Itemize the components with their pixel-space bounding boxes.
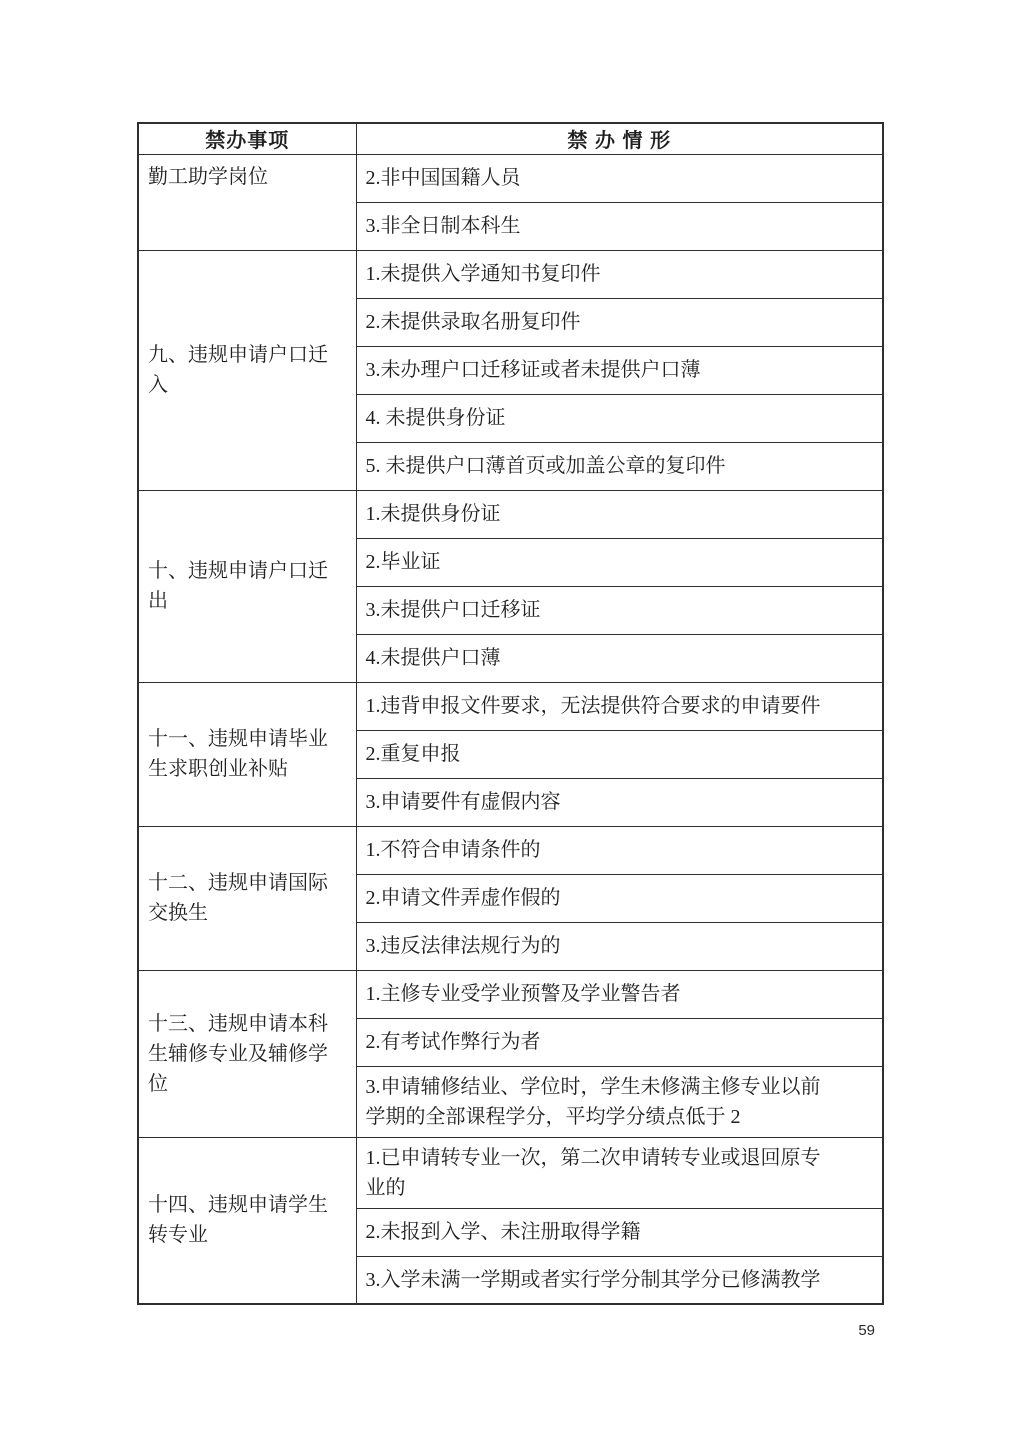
situation-cell: 5. 未提供户口薄首页或加盖公章的复印件 — [356, 442, 883, 490]
prohibited-item-cell: 十二、违规申请国际交换生 — [138, 826, 356, 970]
situation-cell: 2.申请文件弄虚作假的 — [356, 874, 883, 922]
situation-cell: 1.违背申报文件要求，无法提供符合要求的申请要件 — [356, 682, 883, 730]
situation-cell: 3.申请要件有虚假内容 — [356, 778, 883, 826]
prohibited-item-cell: 九、违规申请户口迁入 — [138, 250, 356, 490]
situation-cell: 2.未报到入学、未注册取得学籍 — [356, 1208, 883, 1256]
prohibition-table: 禁办事项 禁 办 情 形 勤工助学岗位2.非中国国籍人员3.非全日制本科生九、违… — [137, 122, 884, 1305]
column-header-situation: 禁 办 情 形 — [356, 123, 883, 154]
situation-cell: 2.有考试作弊行为者 — [356, 1018, 883, 1066]
table-row: 十四、违规申请学生转专业1.已申请转专业一次，第二次申请转专业或退回原专业的 — [138, 1137, 883, 1208]
prohibited-item-cell: 勤工助学岗位 — [138, 154, 356, 250]
header-row: 禁办事项 禁 办 情 形 — [138, 123, 883, 154]
situation-cell: 1.不符合申请条件的 — [356, 826, 883, 874]
situation-cell: 2.非中国国籍人员 — [356, 154, 883, 202]
situation-cell: 3.未办理户口迁移证或者未提供户口薄 — [356, 346, 883, 394]
situation-cell: 2.未提供录取名册复印件 — [356, 298, 883, 346]
table-body: 勤工助学岗位2.非中国国籍人员3.非全日制本科生九、违规申请户口迁入1.未提供入… — [138, 154, 883, 1304]
table-row: 十一、违规申请毕业生求职创业补贴1.违背申报文件要求，无法提供符合要求的申请要件 — [138, 682, 883, 730]
situation-cell: 1.已申请转专业一次，第二次申请转专业或退回原专业的 — [356, 1137, 883, 1208]
situation-cell: 1.未提供入学通知书复印件 — [356, 250, 883, 298]
situation-cell: 3.入学未满一学期或者实行学分制其学分已修满教学 — [356, 1256, 883, 1304]
table-row: 十二、违规申请国际交换生1.不符合申请条件的 — [138, 826, 883, 874]
table-row: 勤工助学岗位2.非中国国籍人员 — [138, 154, 883, 202]
table-row: 九、违规申请户口迁入1.未提供入学通知书复印件 — [138, 250, 883, 298]
document-page: 禁办事项 禁 办 情 形 勤工助学岗位2.非中国国籍人员3.非全日制本科生九、违… — [0, 0, 1024, 1448]
page-number: 59 — [0, 1322, 875, 1339]
prohibited-item-cell: 十三、违规申请本科生辅修专业及辅修学位 — [138, 970, 356, 1137]
situation-cell: 4. 未提供身份证 — [356, 394, 883, 442]
situation-cell: 1.主修专业受学业预警及学业警告者 — [356, 970, 883, 1018]
prohibited-item-cell: 十、违规申请户口迁出 — [138, 490, 356, 682]
table-row: 十、违规申请户口迁出1.未提供身份证 — [138, 490, 883, 538]
table-row: 十三、违规申请本科生辅修专业及辅修学位1.主修专业受学业预警及学业警告者 — [138, 970, 883, 1018]
prohibited-item-cell: 十一、违规申请毕业生求职创业补贴 — [138, 682, 356, 826]
situation-cell: 3.违反法律法规行为的 — [356, 922, 883, 970]
situation-cell: 1.未提供身份证 — [356, 490, 883, 538]
situation-cell: 3.申请辅修结业、学位时，学生未修满主修专业以前学期的全部课程学分，平均学分绩点… — [356, 1066, 883, 1137]
situation-cell: 2.毕业证 — [356, 538, 883, 586]
situation-cell: 2.重复申报 — [356, 730, 883, 778]
situation-cell: 3.未提供户口迁移证 — [356, 586, 883, 634]
situation-cell: 3.非全日制本科生 — [356, 202, 883, 250]
prohibited-item-cell: 十四、违规申请学生转专业 — [138, 1137, 356, 1304]
column-header-item: 禁办事项 — [138, 123, 356, 154]
situation-cell: 4.未提供户口薄 — [356, 634, 883, 682]
